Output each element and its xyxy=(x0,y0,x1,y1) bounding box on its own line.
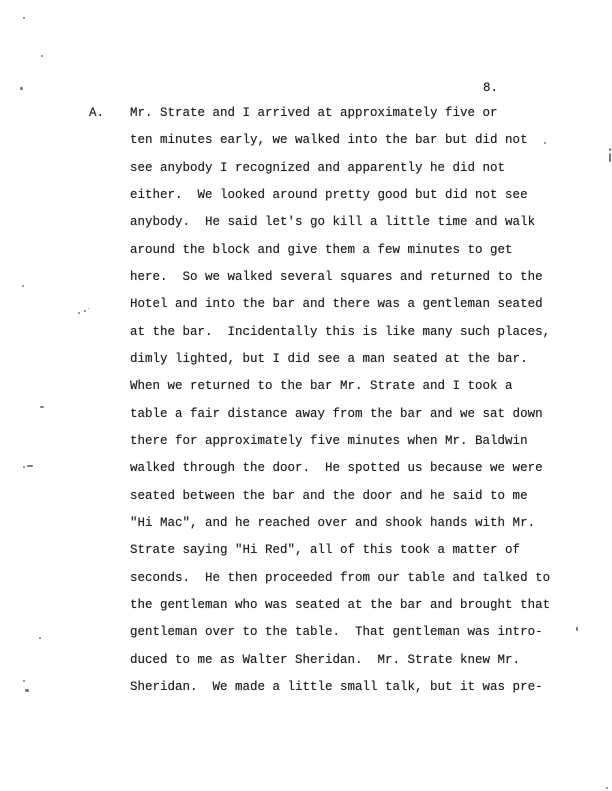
document-text-line: around the block and give them a few min… xyxy=(130,237,550,264)
document-text-line: anybody. He said let's go kill a little … xyxy=(130,209,550,236)
document-text-line: duced to me as Walter Sheridan. Mr. Stra… xyxy=(130,647,550,674)
document-text-line: at the bar. Incidentally this is like ma… xyxy=(130,319,550,346)
scanned-document-page: 8. A. Mr. Strate and I arrived at approx… xyxy=(0,0,612,791)
document-text-line: either. We looked around pretty good but… xyxy=(130,182,550,209)
scan-speck xyxy=(23,680,25,682)
scan-speck xyxy=(39,637,41,639)
document-body-text: Mr. Strate and I arrived at approximatel… xyxy=(130,100,550,701)
scan-speck xyxy=(609,148,611,151)
scan-speck xyxy=(606,787,608,789)
scan-speck xyxy=(23,466,25,468)
scan-speck xyxy=(576,627,578,631)
scan-speck xyxy=(25,689,29,692)
document-text-line: here. So we walked several squares and r… xyxy=(130,264,550,291)
document-text-line: gentleman over to the table. That gentle… xyxy=(130,619,550,646)
document-text-line: walked through the door. He spotted us b… xyxy=(130,455,550,482)
document-text-line: Mr. Strate and I arrived at approximatel… xyxy=(130,100,550,127)
document-text-line: Strate saying "Hi Red", all of this took… xyxy=(130,537,550,564)
document-text-line: Sheridan. We made a little small talk, b… xyxy=(130,674,550,701)
document-text-line: seated between the bar and the door and … xyxy=(130,483,550,510)
scan-speck xyxy=(544,142,546,144)
scan-speck xyxy=(78,312,80,314)
document-text-line: there for approximately five minutes whe… xyxy=(130,428,550,455)
document-text-line: Hotel and into the bar and there was a g… xyxy=(130,291,550,318)
document-text-line: seconds. He then proceeded from our tabl… xyxy=(130,565,550,592)
document-text-line: table a fair distance away from the bar … xyxy=(130,401,550,428)
document-text-line: ten minutes early, we walked into the ba… xyxy=(130,127,550,154)
scan-speck xyxy=(23,17,25,19)
answer-label: A. xyxy=(89,100,104,127)
scan-speck xyxy=(609,153,611,162)
document-text-line: "Hi Mac", and he reached over and shook … xyxy=(130,510,550,537)
scan-speck xyxy=(88,308,89,309)
document-text-line: see anybody I recognized and apparently … xyxy=(130,155,550,182)
scan-speck xyxy=(22,285,24,287)
scan-speck xyxy=(41,55,43,57)
document-text-line: the gentleman who was seated at the bar … xyxy=(130,592,550,619)
page-number: 8. xyxy=(483,81,498,95)
document-text-line: dimly lighted, but I did see a man seate… xyxy=(130,346,550,373)
scan-speck xyxy=(20,87,23,90)
document-text-line: When we returned to the bar Mr. Strate a… xyxy=(130,373,550,400)
scan-speck xyxy=(27,465,33,467)
scan-speck xyxy=(84,310,86,312)
scan-speck xyxy=(40,406,44,408)
